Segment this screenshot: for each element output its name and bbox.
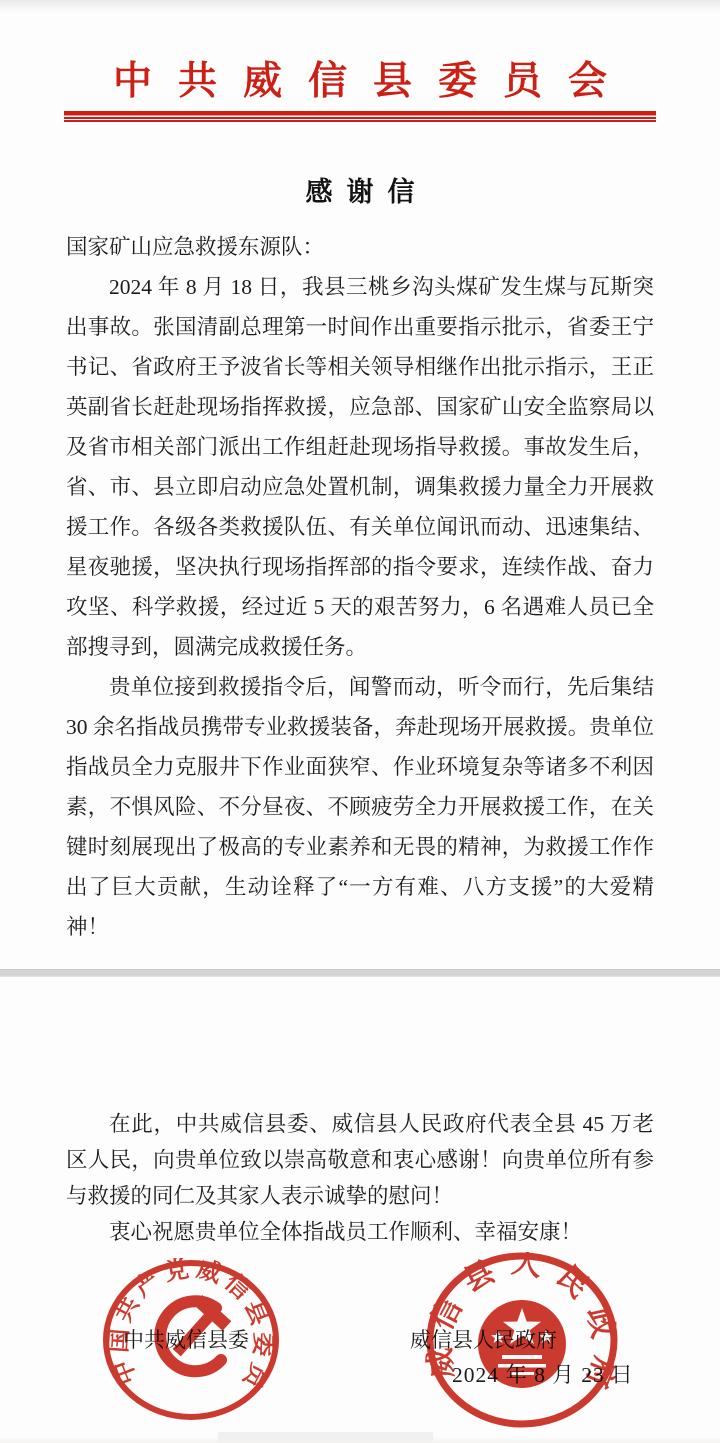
party-seal-graphic: 中国共产党威信县委员会 [100,1258,282,1422]
paragraph-2: 贵单位接到救援指令后，闻警而动，听令而行，先后集结 30 余名指战员携带专业救援… [66,667,654,947]
scanned-letter-page: 中共威信县委员会 感谢信 国家矿山应急救援东源队： 2024 年 8 月 18 … [0,0,720,1443]
government-seal-graphic: 威信县人民政府 [422,1252,622,1430]
scan-bottom-shading [0,1437,720,1443]
page-break-divider [0,969,720,977]
scan-top-shading [0,0,720,14]
hammer-sickle-icon [160,1295,231,1371]
paragraph-1: 2024 年 8 月 18 日，我县三桃乡沟头煤矿发生煤与瓦斯突出事故。张国清副… [66,267,654,667]
letterhead-title: 中共威信县委员会 [0,50,720,106]
letter-body-page2: 在此，中共威信县委、威信县人民政府代表全县 45 万老区人民，向贵单位致以崇高敬… [66,1106,654,1250]
salutation: 国家矿山应急救援东源队： [66,227,654,267]
party-committee-seal: 中国共产党威信县委员会 [100,1258,282,1427]
letter-body-page1: 国家矿山应急救援东源队： 2024 年 8 月 18 日，我县三桃乡沟头煤矿发生… [66,227,654,947]
paragraph-4: 衷心祝愿贵单位全体指战员工作顺利、幸福安康！ [66,1214,654,1250]
national-emblem-icon [478,1300,566,1388]
letterhead-rule [64,111,656,122]
document-title: 感谢信 [0,170,720,209]
paragraph-3: 在此，中共威信县委、威信县人民政府代表全县 45 万老区人民，向贵单位致以崇高敬… [66,1106,654,1214]
government-seal: 威信县人民政府 [422,1252,622,1435]
